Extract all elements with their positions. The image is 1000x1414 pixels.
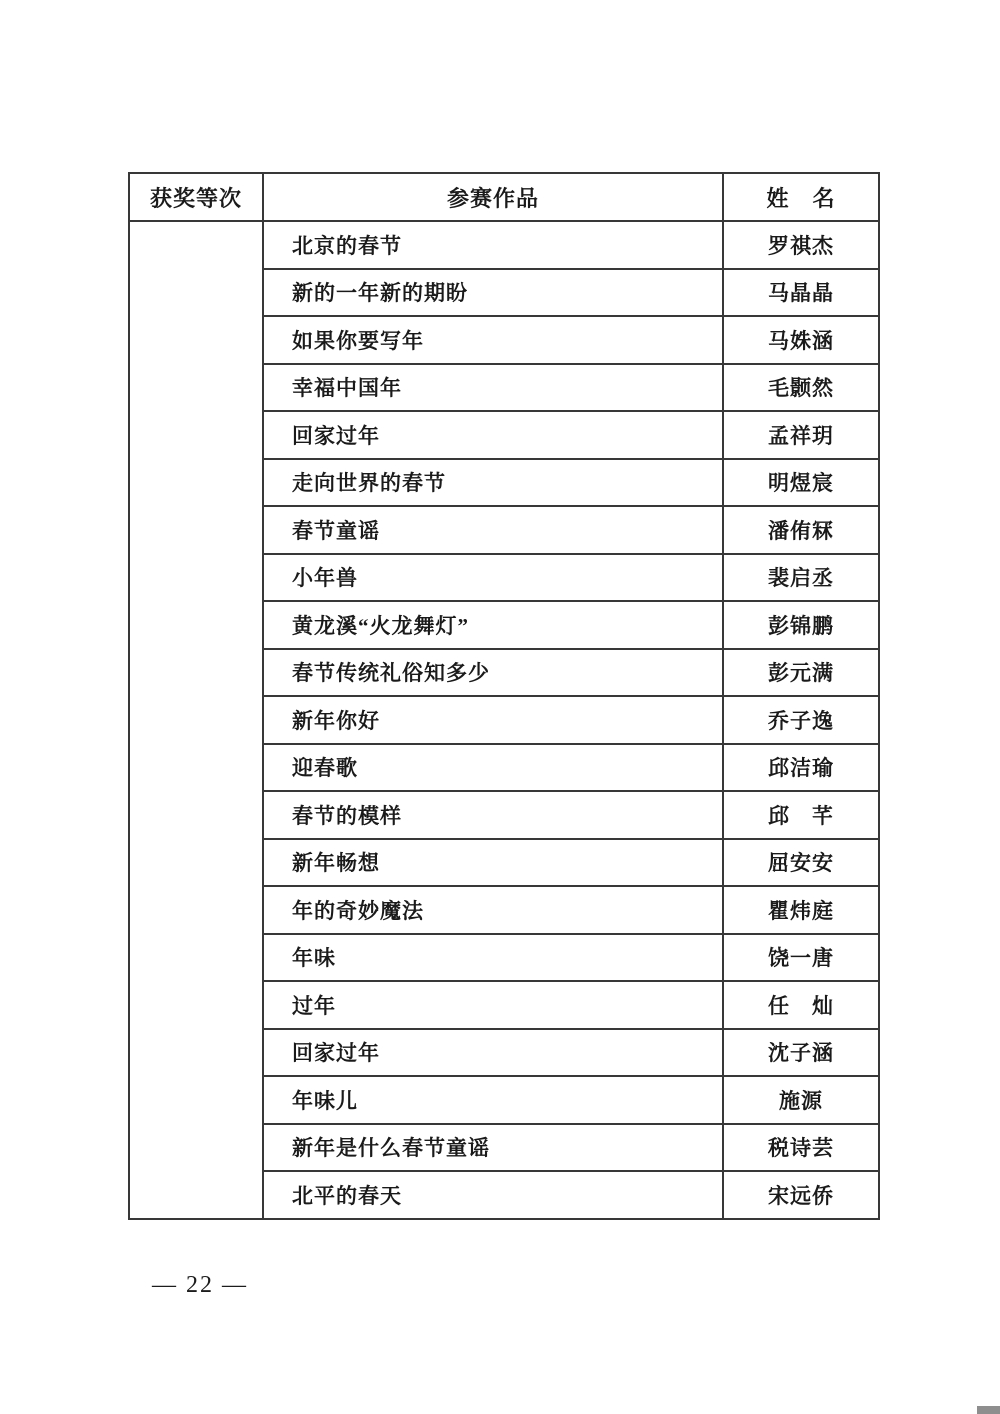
- participant-name-cell: 罗祺杰: [723, 221, 879, 269]
- table-body: 北京的春节罗祺杰新的一年新的期盼马晶晶如果你要写年马姝涵幸福中国年毛颢然回家过年…: [129, 221, 879, 1219]
- header-row: 获奖等次 参赛作品 姓 名: [129, 173, 879, 221]
- participant-name-cell: 邱洁瑜: [723, 744, 879, 792]
- participant-name-cell: 彭元满: [723, 649, 879, 697]
- participant-name-cell: 潘侑冧: [723, 506, 879, 554]
- header-award-level: 获奖等次: [129, 173, 263, 221]
- participant-name-cell: 马姝涵: [723, 316, 879, 364]
- participant-name-cell: 彭锦鹏: [723, 601, 879, 649]
- participant-name-cell: 任 灿: [723, 981, 879, 1029]
- award-level-cell: [129, 221, 263, 1219]
- page-number: — 22 —: [152, 1272, 248, 1299]
- entry-work-cell: 北京的春节: [263, 221, 723, 269]
- participant-name-cell: 饶一唐: [723, 934, 879, 982]
- participant-name-cell: 孟祥玥: [723, 411, 879, 459]
- entry-work-cell: 过年: [263, 981, 723, 1029]
- scrollbar-corner-mark: [977, 1406, 1000, 1414]
- participant-name-cell: 毛颢然: [723, 364, 879, 412]
- participant-name-cell: 邱 芊: [723, 791, 879, 839]
- entry-work-cell: 春节童谣: [263, 506, 723, 554]
- header-name: 姓 名: [723, 173, 879, 221]
- entry-work-cell: 新的一年新的期盼: [263, 269, 723, 317]
- participant-name-cell: 税诗芸: [723, 1124, 879, 1172]
- entry-work-cell: 黄龙溪“火龙舞灯”: [263, 601, 723, 649]
- entry-work-cell: 新年畅想: [263, 839, 723, 887]
- participant-name-cell: 施源: [723, 1076, 879, 1124]
- participant-name-cell: 乔子逸: [723, 696, 879, 744]
- entry-work-cell: 迎春歌: [263, 744, 723, 792]
- entry-work-cell: 小年兽: [263, 554, 723, 602]
- entry-work-cell: 走向世界的春节: [263, 459, 723, 507]
- entry-work-cell: 新年你好: [263, 696, 723, 744]
- participant-name-cell: 裴启丞: [723, 554, 879, 602]
- entry-work-cell: 新年是什么春节童谣: [263, 1124, 723, 1172]
- table-row: 北京的春节罗祺杰: [129, 221, 879, 269]
- entry-work-cell: 春节传统礼俗知多少: [263, 649, 723, 697]
- entry-work-cell: 回家过年: [263, 411, 723, 459]
- entry-work-cell: 幸福中国年: [263, 364, 723, 412]
- header-entry-work: 参赛作品: [263, 173, 723, 221]
- entry-work-cell: 北平的春天: [263, 1171, 723, 1219]
- award-results-table: 获奖等次 参赛作品 姓 名 北京的春节罗祺杰新的一年新的期盼马晶晶如果你要写年马…: [128, 172, 880, 1220]
- entry-work-cell: 年味儿: [263, 1076, 723, 1124]
- entry-work-cell: 春节的模样: [263, 791, 723, 839]
- entry-work-cell: 年的奇妙魔法: [263, 886, 723, 934]
- participant-name-cell: 屈安安: [723, 839, 879, 887]
- participant-name-cell: 瞿炜庭: [723, 886, 879, 934]
- participant-name-cell: 宋远侨: [723, 1171, 879, 1219]
- participant-name-cell: 明煜宸: [723, 459, 879, 507]
- entry-work-cell: 回家过年: [263, 1029, 723, 1077]
- entry-work-cell: 年味: [263, 934, 723, 982]
- participant-name-cell: 沈子涵: [723, 1029, 879, 1077]
- participant-name-cell: 马晶晶: [723, 269, 879, 317]
- entry-work-cell: 如果你要写年: [263, 316, 723, 364]
